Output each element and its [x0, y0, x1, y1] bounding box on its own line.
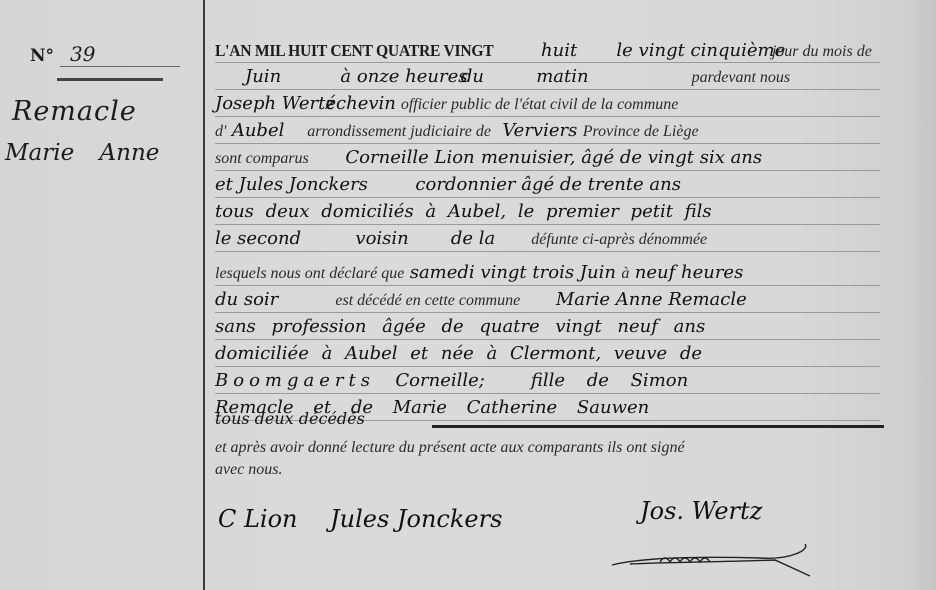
signature-jonckers: Jules Jonckers	[330, 505, 502, 533]
text-line-4: d' Aubel arrondissement judiciaire de Ve…	[215, 116, 885, 146]
text-line-17: avec nous.	[215, 454, 885, 484]
text-line-12: domiciliée à Aubel et née à Clermont, ve…	[215, 339, 885, 369]
text-line-15: tous deux décédés	[215, 404, 885, 434]
text-line-9: lesquels nous ont déclaré que samedi vin…	[215, 258, 885, 288]
text-line-6: et Jules Jonckers cordonnier âgé de tren…	[215, 170, 885, 200]
text-line-8: le second voisin de la défunte ci-après …	[215, 224, 885, 254]
record-number: N° 39	[30, 42, 180, 67]
text-line-7: tous deux domiciliés à Aubel, le premier…	[215, 197, 885, 227]
signature-lion: C Lion	[218, 505, 298, 533]
text-line-11: sans profession âgée de quatre vingt neu…	[215, 312, 885, 342]
margin-surname: Remacle	[12, 96, 137, 127]
margin-given-names: Marie Anne	[5, 140, 159, 166]
text-rule	[215, 251, 880, 252]
record-number-underline	[57, 78, 163, 81]
margin-divider	[203, 0, 205, 590]
register-page: N° 39 Remacle Marie Anne L'AN MIL HUIT C…	[0, 0, 936, 590]
record-number-value: 39	[60, 42, 180, 67]
text-line-3: Joseph Wertz échevin officier public de …	[215, 89, 885, 119]
record-number-label: N°	[30, 46, 54, 66]
text-line-2: Juin à onze heures du matin pardevant no…	[215, 62, 885, 92]
signature-wertz: Jos. Wertz	[640, 497, 762, 525]
closing-rule	[432, 425, 884, 428]
signature-flourish-icon	[610, 540, 830, 580]
text-line-5: sont comparus Corneille Lion menuisier, …	[215, 143, 885, 173]
text-line-13: Boomgaerts Corneille; fille de Simon	[215, 366, 885, 396]
text-line-10: du soir est décédé en cette commune Mari…	[215, 285, 885, 315]
